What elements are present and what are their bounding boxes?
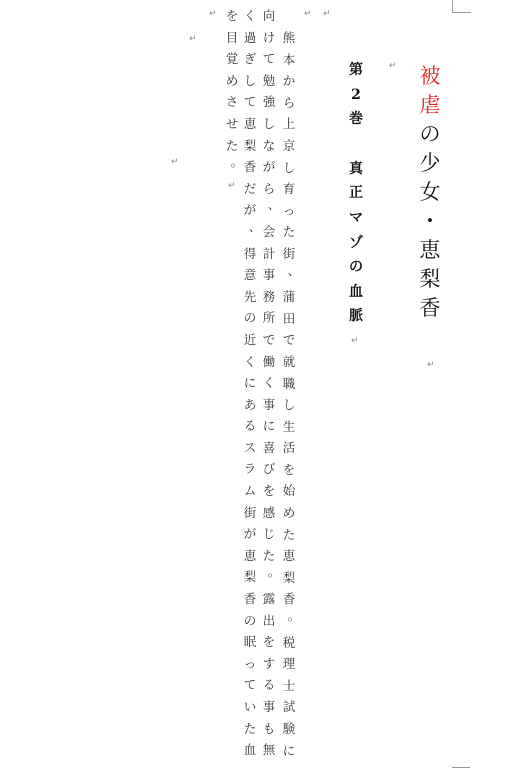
body-char: 本 — [283, 54, 296, 76]
title-char: 梨 — [420, 269, 441, 298]
body-char: 事 — [263, 701, 276, 723]
body-char: け — [263, 32, 276, 54]
body-char: た — [244, 723, 257, 745]
page-corner-mark-top — [452, 0, 471, 13]
body-char: ラ — [244, 463, 257, 485]
subtitle-char: マ — [349, 211, 363, 236]
body-char: 先 — [244, 291, 257, 313]
body-char: ぎ — [244, 53, 257, 75]
body-char: 、 — [249, 221, 262, 243]
body-char: ら — [283, 97, 296, 119]
body-char: 街 — [244, 507, 257, 529]
body-char: 喜 — [263, 442, 276, 464]
body-char: さ — [226, 96, 239, 118]
body-char: 恵 — [283, 550, 296, 572]
body-char: い — [244, 701, 257, 723]
body-char: で — [283, 334, 296, 356]
body-char: 目 — [226, 32, 239, 54]
body-char: 梨 — [244, 140, 257, 162]
body-char: 京 — [283, 140, 296, 162]
body-char: 強 — [263, 96, 276, 118]
body-char: る — [244, 420, 257, 442]
body-char: 始 — [283, 485, 296, 507]
body-char: 梨 — [283, 572, 296, 594]
body-char: に — [263, 420, 276, 442]
body-char: た — [283, 226, 296, 248]
body-char: 梨 — [244, 571, 257, 593]
body-char: っ — [244, 658, 257, 680]
body-char: す — [263, 658, 276, 680]
body-char: 勉 — [263, 75, 276, 97]
body-column-1[interactable]: 熊本から上京し育った街、蒲田で就職し生活を始めた恵梨香。税理士試験に — [280, 32, 298, 766]
body-char: 出 — [263, 615, 276, 637]
paragraph-mark-icon: ↵ — [209, 10, 217, 19]
body-char: 活 — [283, 442, 296, 464]
body-char: 恵 — [244, 550, 257, 572]
title-char: 少 — [420, 153, 441, 182]
body-char: て — [244, 96, 257, 118]
body-char: 香 — [244, 161, 257, 183]
body-char: 、 — [288, 265, 301, 287]
title-char: の — [420, 124, 441, 153]
body-char: 生 — [283, 421, 296, 443]
body-char: 。 — [268, 566, 281, 588]
body-char: し — [283, 399, 296, 421]
body-char: 血 — [244, 744, 257, 766]
subtitle-char: ゾ — [349, 236, 363, 261]
body-char: 向 — [263, 10, 276, 32]
body-char: 上 — [283, 118, 296, 140]
body-char: だ — [244, 183, 257, 205]
subtitle-char: 第 — [349, 63, 363, 88]
subtitle-char: 正 — [349, 186, 363, 211]
body-char: 会 — [263, 226, 276, 248]
paragraph-mark-icon: ↵ — [171, 158, 179, 167]
body-column-3[interactable]: く過ぎして恵梨香だが、得意先の近くにあるスラム街が恵梨香の眠っていた血 — [241, 10, 259, 766]
body-char: じ — [263, 528, 276, 550]
body-char: 所 — [263, 312, 276, 334]
body-char: く — [244, 356, 257, 378]
body-char: 育 — [283, 183, 296, 205]
body-column-4[interactable]: を目覚めさせた。 — [223, 10, 241, 183]
page-corner-mark-bottom — [452, 767, 470, 768]
body-char: し — [263, 118, 276, 140]
body-char: 無 — [263, 744, 276, 766]
body-char: も — [263, 723, 276, 745]
body-char: 近 — [244, 334, 257, 356]
body-char: し — [283, 162, 296, 184]
body-char: せ — [226, 118, 239, 140]
body-char: ス — [244, 442, 257, 464]
body-char: 事 — [263, 399, 276, 421]
body-char: ム — [244, 485, 257, 507]
paragraph-mark-icon: ↵ — [304, 10, 312, 19]
body-char: 覚 — [226, 53, 239, 75]
paragraph-mark-icon: ↵ — [389, 62, 397, 71]
body-char: 蒲 — [283, 291, 296, 313]
body-char: 田 — [283, 313, 296, 335]
subtitle-char: 脈 — [349, 309, 363, 334]
body-char: た — [283, 529, 296, 551]
body-char: 得 — [244, 248, 257, 270]
title-char: 被 — [420, 66, 441, 95]
body-char: び — [263, 463, 276, 485]
body-char: を — [283, 464, 296, 486]
body-char: 試 — [283, 701, 296, 723]
subtitle-char: 真 — [349, 162, 363, 187]
body-char: く — [263, 377, 276, 399]
body-char: し — [244, 75, 257, 97]
title-char: ・ — [420, 211, 441, 240]
body-char: て — [244, 679, 257, 701]
paragraph-mark-icon: ↵ — [323, 10, 331, 19]
body-char: る — [263, 679, 276, 701]
body-char: 恵 — [244, 118, 257, 140]
body-char: 意 — [244, 269, 257, 291]
body-char: 過 — [244, 32, 257, 54]
body-char: 就 — [283, 356, 296, 378]
paragraph-mark-icon: ↵ — [228, 182, 236, 191]
body-char: て — [263, 53, 276, 75]
body-char: が — [244, 528, 257, 550]
subtitle-char: 2 — [351, 88, 361, 113]
body-char: の — [244, 312, 257, 334]
paragraph-mark-icon: ↵ — [427, 361, 435, 370]
body-char: 、 — [268, 199, 281, 221]
subtitle-char: 巻 — [349, 112, 363, 137]
body-char: あ — [244, 399, 257, 421]
body-char: な — [263, 140, 276, 162]
body-char: 士 — [283, 680, 296, 702]
title-char: 女 — [420, 182, 441, 211]
body-char: 働 — [263, 356, 276, 378]
paragraph-mark-icon: ↵ — [189, 35, 197, 44]
body-char: 感 — [263, 507, 276, 529]
body-char: 事 — [263, 269, 276, 291]
document-page[interactable]: 被 虐 の 少 女 ・ 恵 梨 香 ↵ 第 2 巻 真 正 マ ゾ の 血 脈 … — [0, 0, 520, 769]
body-char: が — [263, 161, 276, 183]
body-char: 。 — [231, 156, 244, 178]
body-char: っ — [283, 205, 296, 227]
paragraph-mark-icon: ↵ — [351, 337, 359, 346]
body-char: を — [226, 10, 239, 32]
title-char: 恵 — [420, 240, 441, 269]
body-char: を — [263, 485, 276, 507]
body-char: め — [283, 507, 296, 529]
body-char: 務 — [263, 291, 276, 313]
subtitle-char: の — [349, 260, 363, 285]
body-char: に — [283, 745, 296, 767]
body-char: 。 — [288, 610, 301, 632]
body-char: 税 — [283, 637, 296, 659]
body-char: で — [263, 334, 276, 356]
title-char: 虐 — [420, 95, 441, 124]
body-column-2[interactable]: 向けて勉強しながら、会計事務所で働く事に喜びを感じた。露出をする事も無 — [260, 10, 278, 766]
body-char: 露 — [263, 593, 276, 615]
body-char: 験 — [283, 723, 296, 745]
body-char: 理 — [283, 658, 296, 680]
body-char: 熊 — [283, 32, 296, 54]
document-subtitle[interactable]: 第 2 巻 真 正 マ ゾ の 血 脈 — [346, 63, 366, 334]
body-char: を — [263, 636, 276, 658]
body-char: か — [283, 75, 296, 97]
body-char: め — [226, 75, 239, 97]
body-char: 香 — [244, 593, 257, 615]
title-char: 香 — [420, 298, 441, 327]
body-char: 計 — [263, 248, 276, 270]
subtitle-char: 血 — [349, 285, 363, 310]
body-char: く — [244, 10, 257, 32]
body-char: 職 — [283, 378, 296, 400]
document-title[interactable]: 被 虐 の 少 女 ・ 恵 梨 香 — [418, 66, 442, 327]
body-char: の — [244, 615, 257, 637]
body-char: に — [244, 377, 257, 399]
body-char: 眠 — [244, 636, 257, 658]
